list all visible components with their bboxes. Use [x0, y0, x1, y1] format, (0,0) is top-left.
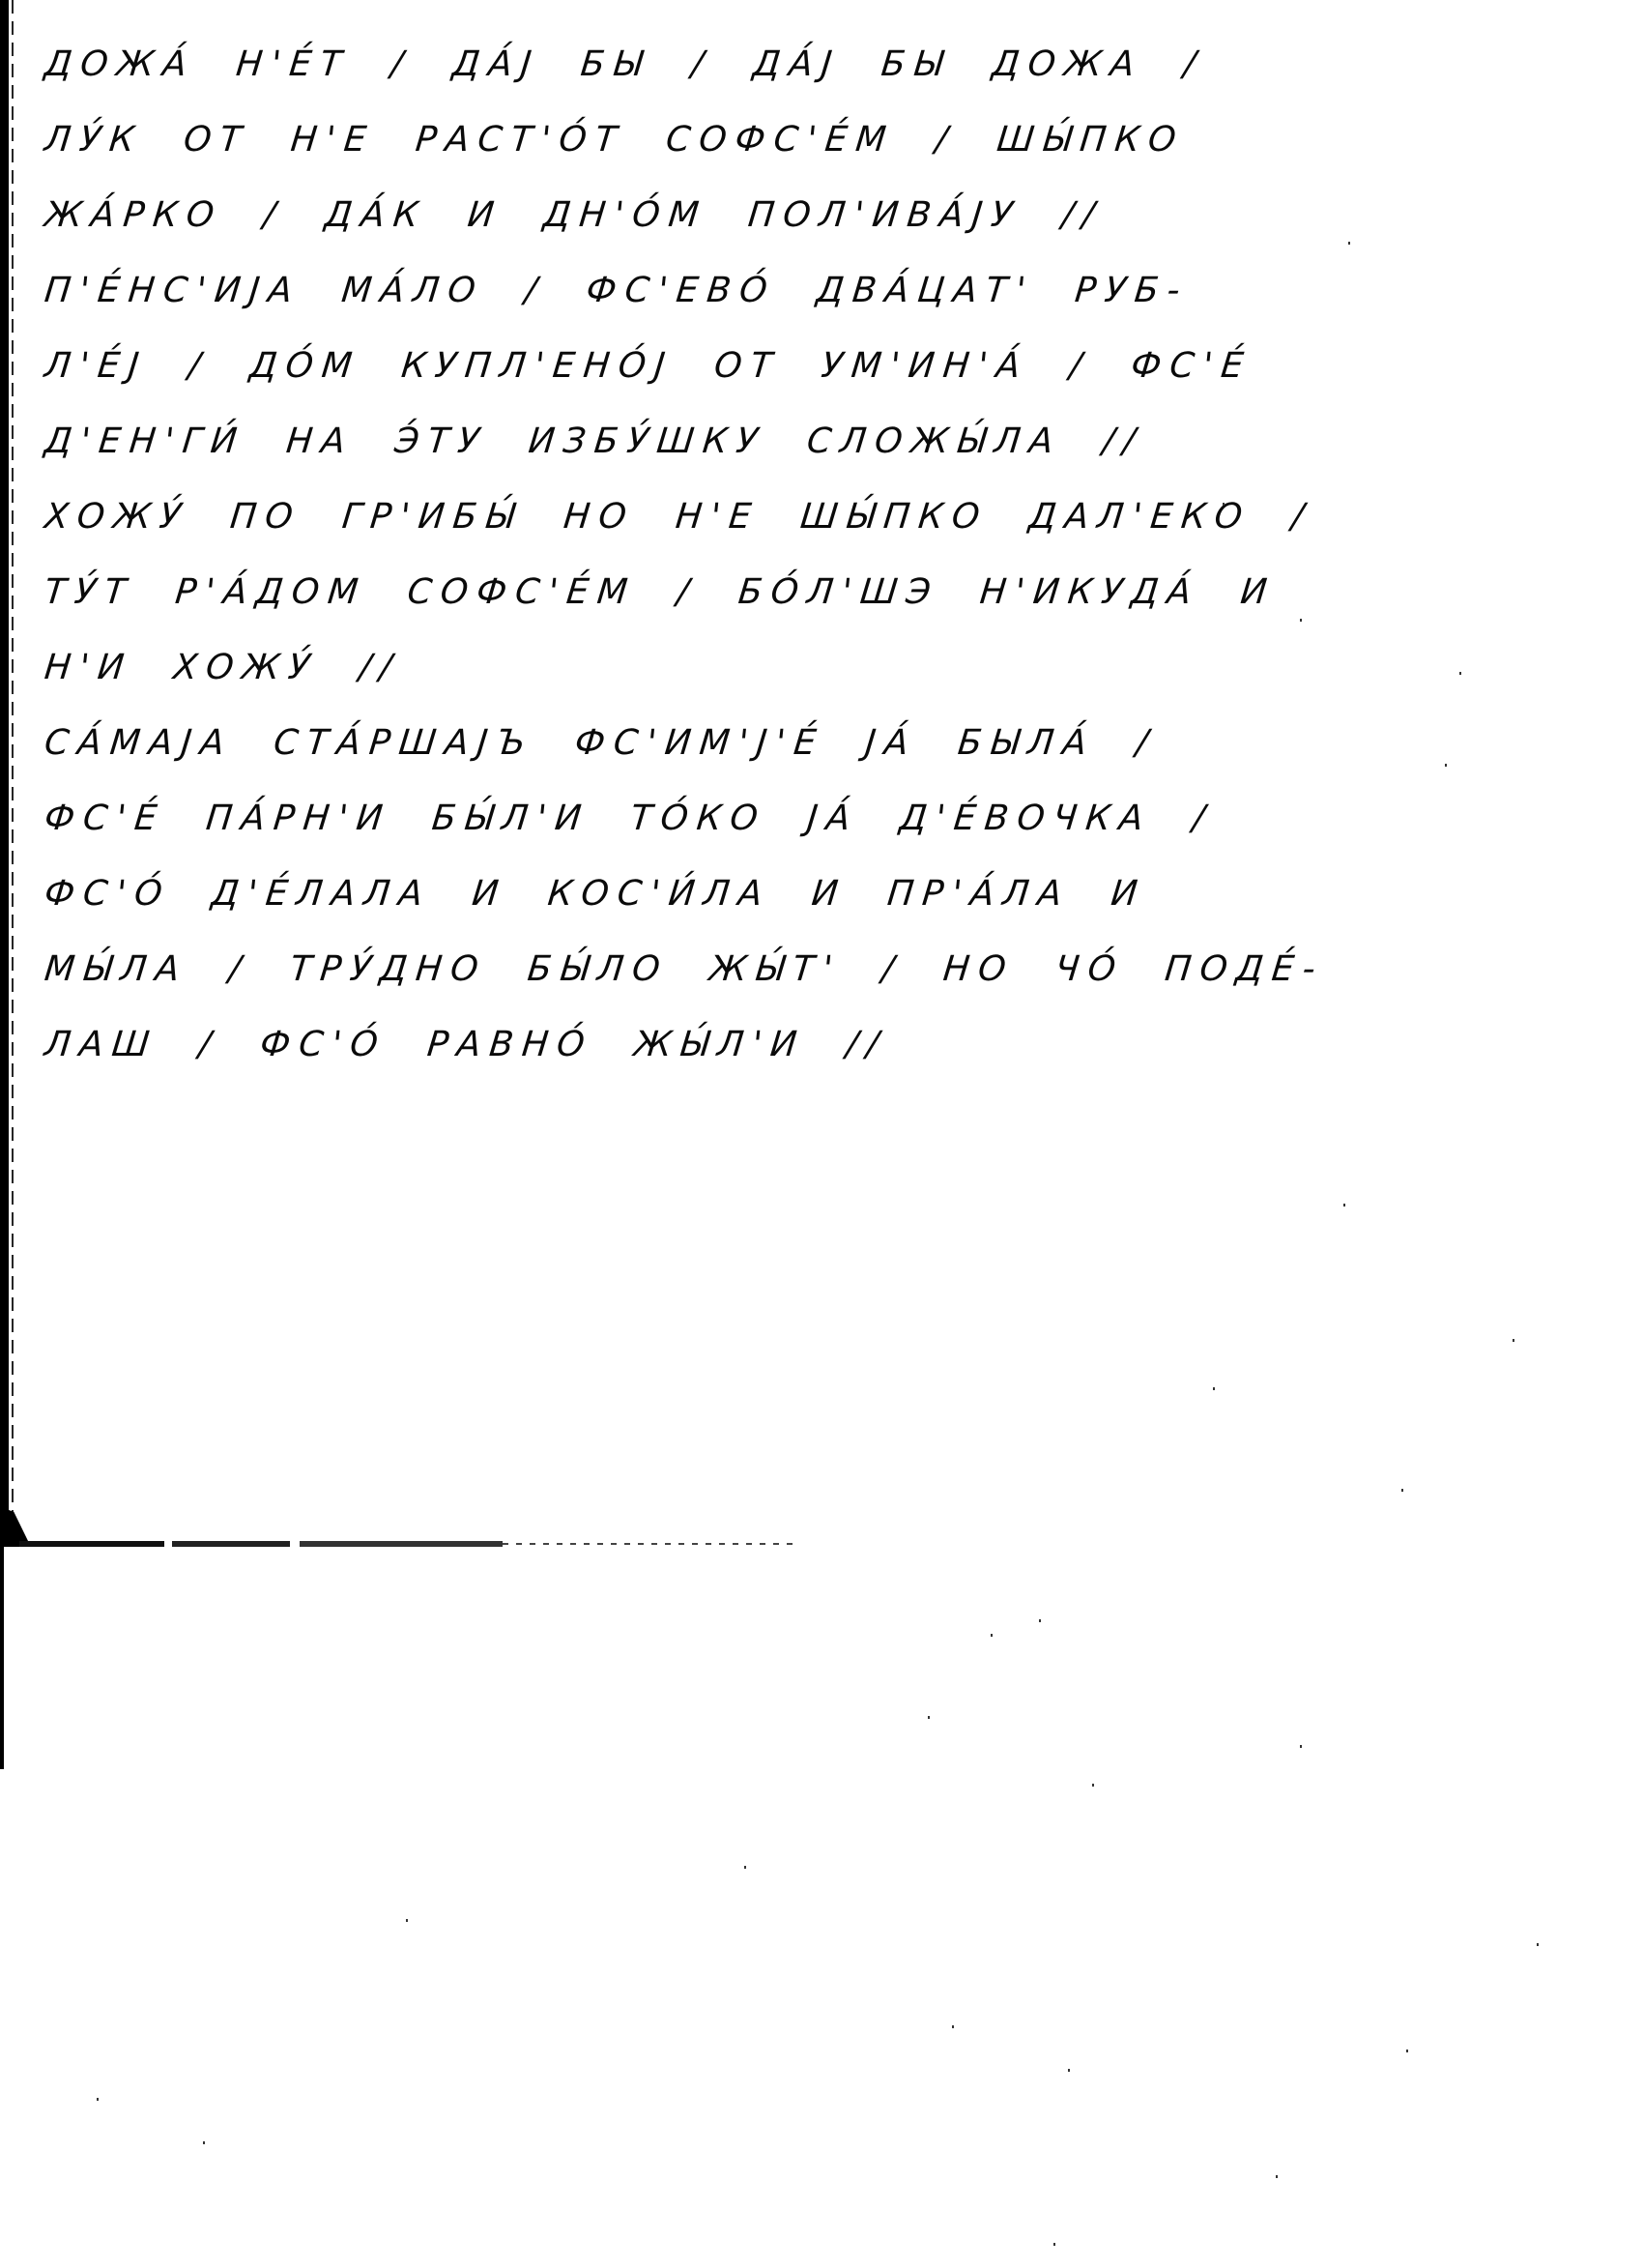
scan-speck — [1300, 619, 1302, 622]
scan-speck — [991, 1634, 993, 1637]
scan-edge-left — [0, 0, 9, 1547]
scanned-page: ДОЖА́ Н'Е́Т / ДА́Ј БЫ / ДА́Ј БЫ ДОЖА / Л… — [0, 0, 1643, 2268]
scan-speck — [1401, 1489, 1403, 1492]
text-line: ЖА́РКО / ДА́К И ДН'О́М ПОЛ'ИВА́ЈУ // — [41, 178, 1131, 253]
text-line: ДОЖА́ Н'Е́Т / ДА́Ј БЫ / ДА́Ј БЫ ДОЖА / — [41, 27, 1131, 102]
text-line: Л'Е́Ј / ДО́М КУПЛ'ЕНО́Ј ОТ УМ'ИН'А́ / ФС… — [41, 329, 1131, 404]
scan-speck — [1223, 503, 1225, 506]
scan-edge-left-lower — [0, 1547, 4, 1769]
text-line: П'Е́НС'ИЈА МА́ЛО / ФС'ЕВО́ ДВА́ЦАТ' РУБ- — [41, 253, 1131, 329]
scan-speck — [1276, 2175, 1278, 2178]
text-line: ХОЖУ́ ПО ГР'ИБЫ́ НО Н'Е ШЫ́ПКО ДАЛ'ЕКО / — [41, 480, 1131, 555]
scan-speck — [1213, 1387, 1215, 1390]
scan-edge-bottom-fade — [503, 1543, 793, 1545]
scan-speck — [1343, 1204, 1345, 1207]
scan-speck — [1092, 1784, 1094, 1787]
text-line: ФС'О́ Д'Е́ЛАЛА И КОС'И́ЛА И ПР'А́ЛА И — [41, 857, 1131, 932]
scan-speck — [928, 1716, 930, 1719]
scan-speck — [1053, 2243, 1055, 2246]
scan-speck — [744, 1866, 746, 1869]
scan-speck — [406, 1919, 408, 1922]
scan-speck — [97, 2098, 99, 2101]
text-line: МЫ́ЛА / ТРУ́ДНО БЫ́ЛО ЖЫ́Т' / НО ЧО́ ПОД… — [41, 932, 1131, 1007]
text-line: СА́МАЈА СТА́РШАЈЪ ФС'ИМ'Ј'Е́ ЈА́ БЫЛА́ / — [41, 706, 1131, 781]
scan-speck — [1039, 1619, 1041, 1622]
scan-speck — [1459, 672, 1461, 675]
scan-speck — [1537, 1943, 1539, 1946]
text-line: Д'ЕН'ГИ́ НА Э́ТУ ИЗБУ́ШКУ СЛОЖЫ́ЛА // — [41, 404, 1131, 480]
text-line: ЛАШ / ФС'О́ РАВНО́ ЖЫ́Л'И // — [41, 1007, 1131, 1083]
scan-speck — [1300, 1745, 1302, 1748]
scan-speck — [1445, 764, 1447, 767]
scan-edge-left-dashes — [12, 0, 14, 1545]
scan-speck — [952, 2025, 954, 2028]
scan-speck — [203, 2141, 205, 2144]
text-line: ФС'Е́ ПА́РН'И БЫ́Л'И ТО́КО ЈА́ Д'Е́ВОЧКА… — [41, 781, 1131, 857]
text-line: ТУ́Т Р'А́ДОМ СОФС'Е́М / БО́Л'ШЭ Н'ИКУДА́… — [41, 555, 1131, 630]
scan-speck — [1348, 242, 1350, 245]
handwritten-text: ДОЖА́ Н'Е́Т / ДА́Ј БЫ / ДА́Ј БЫ ДОЖА / Л… — [41, 27, 1123, 1083]
text-line: ЛУ́К ОТ Н'Е РАСТ'О́Т СОФС'Е́М / ШЫ́ПКО — [41, 102, 1131, 178]
scan-speck — [1513, 1339, 1514, 1342]
scan-speck — [1068, 2069, 1070, 2072]
scan-speck — [1406, 2050, 1408, 2052]
text-line: Н'И ХОЖУ́ // — [41, 630, 1131, 706]
